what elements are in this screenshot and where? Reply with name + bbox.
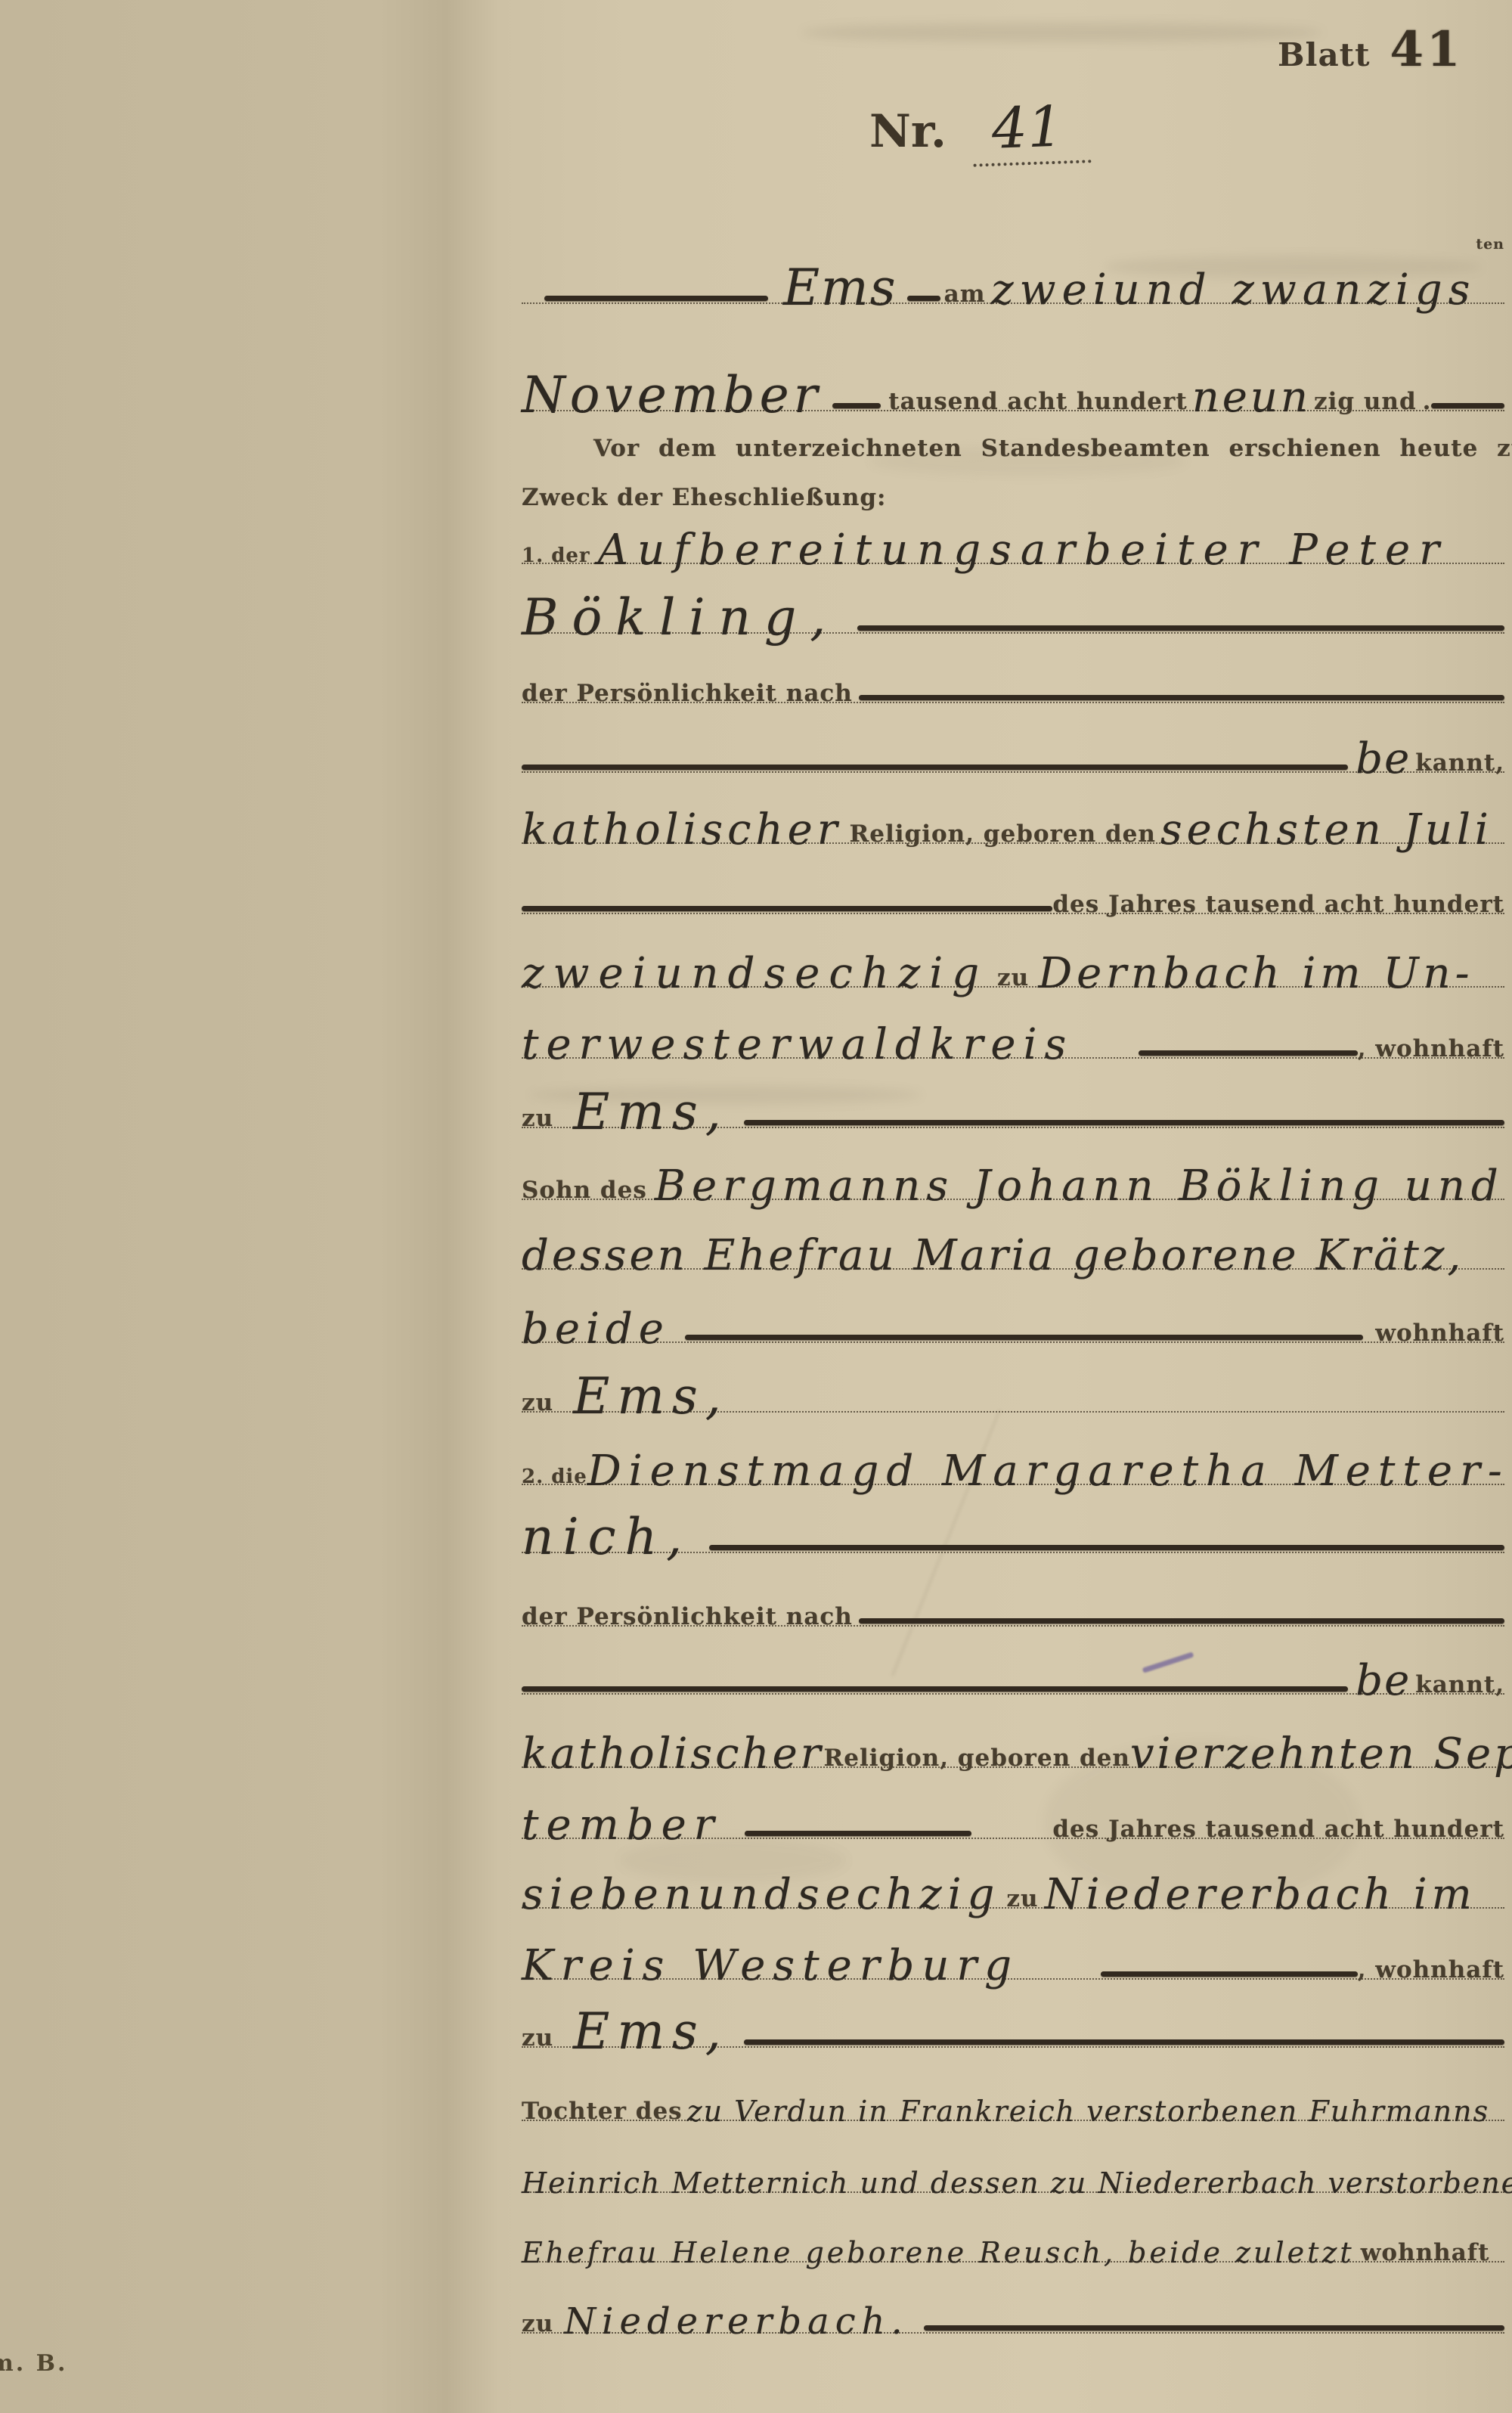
ink-strike-line xyxy=(685,1335,1363,1340)
ink-strike-line xyxy=(522,1686,1348,1692)
rule-spacer xyxy=(553,2045,573,2046)
rule-spacer xyxy=(1039,1906,1045,1907)
record-number-heading: Nr. 41 xyxy=(869,95,1090,165)
form-line: Vor dem unterzeichneten Standesbeamten e… xyxy=(522,411,1504,457)
form-line: terwesterwaldkreis, wohnhaft xyxy=(522,988,1504,1059)
printed-text: zu xyxy=(522,1107,553,1131)
form-line: der Persönlichkeit nach xyxy=(522,1555,1504,1627)
form-line: Bökling, xyxy=(522,563,1504,634)
rule-spacer xyxy=(988,985,997,986)
handwritten-text: Ems xyxy=(783,263,897,313)
form-line: zuEms, xyxy=(522,1057,1504,1128)
handwritten-text: zweiund zwanzigs xyxy=(991,269,1476,312)
rule-spacer xyxy=(729,1410,1504,1411)
printed-text: am xyxy=(944,283,986,306)
bleed-through-smudge xyxy=(801,23,1323,42)
form-line: Sohn desBergmanns Johann Bökling und xyxy=(522,1129,1504,1200)
ink-strike-line xyxy=(522,765,1348,770)
rule-spacer xyxy=(897,302,907,302)
sheet-number: 41 xyxy=(1390,21,1463,78)
printed-superscript: ten xyxy=(1476,237,1504,252)
ink-strike-line xyxy=(709,1545,1504,1550)
rule-spacer xyxy=(1464,1267,1504,1268)
form-line: zuEms, xyxy=(522,1977,1504,2048)
form-line: nich, xyxy=(522,1482,1504,1553)
record-number-label: Nr. xyxy=(869,105,947,158)
printed-text: Religion, geboren den xyxy=(824,1747,1130,1770)
rule-spacer xyxy=(842,842,850,842)
printed-text: zu xyxy=(1006,1887,1038,1911)
rule-spacer xyxy=(1348,771,1356,771)
printers-note: m. B. xyxy=(0,2350,67,2377)
marriage-record-form: Emsamzweiund zwanzigstenNovembertausend … xyxy=(522,233,1504,2334)
printed-text: wohnhaft xyxy=(1361,2241,1490,2265)
rule-spacer xyxy=(1029,985,1038,986)
sheet-header: Blatt 41 xyxy=(1278,21,1464,78)
form-line: zweiundsechzigzuDernbach im Un- xyxy=(522,917,1504,988)
ink-strike-line xyxy=(907,296,940,301)
rule-spacer xyxy=(553,1126,573,1127)
rule-spacer xyxy=(729,1126,744,1127)
rule-spacer xyxy=(1489,2119,1504,2120)
form-line: temberdes Jahres tausend acht hundert xyxy=(522,1768,1504,1839)
ink-strike-line xyxy=(1101,1971,1358,1977)
ink-strike-line xyxy=(859,1618,1504,1624)
rule-spacer xyxy=(768,302,783,302)
printed-text: zu xyxy=(997,966,1029,990)
rule-spacer xyxy=(1493,842,1504,842)
ink-strike-line xyxy=(857,625,1504,631)
rule-spacer xyxy=(1348,1692,1356,1693)
form-line: Tochter deszu Verdun in Frankreich verst… xyxy=(522,2050,1504,2121)
rule-spacer xyxy=(553,2331,564,2332)
ink-strike-line xyxy=(544,296,768,301)
rule-spacer xyxy=(822,409,832,410)
form-line: zuEms, xyxy=(522,1341,1504,1413)
form-line: des Jahres tausend acht hundert xyxy=(522,843,1504,914)
rule-spacer xyxy=(986,302,992,302)
handwritten-text: dessen Ehefrau Maria geborene Krätz, xyxy=(522,1235,1464,1277)
rule-spacer xyxy=(1476,1906,1504,1907)
form-line: 2. dieDienstmagd Margaretha Metter- xyxy=(522,1414,1504,1485)
rule-spacer xyxy=(1355,2260,1361,2261)
printed-text: tausend acht hundert xyxy=(888,390,1187,414)
ink-strike-line xyxy=(522,906,1052,911)
printed-text: Vor dem unterzeichneten Standesbeamten e… xyxy=(593,437,1512,461)
sheet-label: Blatt xyxy=(1278,36,1370,73)
ink-strike-line xyxy=(924,2325,1504,2331)
ink-strike-line xyxy=(744,1120,1504,1125)
ink-strike-line xyxy=(745,1831,971,1836)
form-line: katholischerReligion, geboren denvierzeh… xyxy=(522,1697,1504,1768)
printed-text: zu xyxy=(522,2312,553,2336)
ink-strike-line xyxy=(832,403,881,408)
printed-text: kannt, xyxy=(1415,1673,1504,1697)
registry-page: Blatt 41 Nr. 41 Emsamzweiund zwanzigsten… xyxy=(0,0,1512,2413)
rule-spacer xyxy=(553,1410,573,1411)
form-line: 1. derAufbereitungsarbeiter Peter xyxy=(522,493,1504,564)
form-line: der Persönlichkeit nach xyxy=(522,632,1504,703)
rule-spacer xyxy=(1474,985,1504,986)
printed-text: zig und xyxy=(1314,390,1417,414)
printed-text: des Jahres tausend acht hundert xyxy=(1052,893,1504,917)
form-line: katholischerReligion, geboren densechste… xyxy=(522,773,1504,844)
form-line: dessen Ehefrau Maria geborene Krätz, xyxy=(522,1199,1504,1270)
form-line: bekannt, xyxy=(522,702,1504,773)
form-line: Heinrich Metternich und dessen zu Nieder… xyxy=(522,2122,1504,2193)
form-line: Ehefrau Helene geborene Reusch, beide zu… xyxy=(522,2191,1504,2263)
rule-spacer xyxy=(691,1551,709,1552)
form-line: zuNiedererbach. xyxy=(522,2263,1504,2334)
ink-strike-line xyxy=(744,2039,1504,2045)
printed-text: zu xyxy=(522,2027,553,2050)
rule-spacer xyxy=(522,302,544,302)
form-line: Kreis Westerburg, wohnhaft xyxy=(522,1909,1504,1980)
rule-spacer xyxy=(909,2331,924,2332)
printed-text: kannt, xyxy=(1415,752,1504,775)
record-number-value-handwritten: 41 xyxy=(971,93,1091,166)
rule-spacer xyxy=(881,409,888,410)
handwritten-text: be xyxy=(1356,1660,1411,1702)
rule-spacer xyxy=(729,2045,744,2046)
form-line: Novembertausend acht hundertneunzig und. xyxy=(522,340,1504,411)
ink-strike-line xyxy=(859,695,1504,700)
printed-text: . xyxy=(1423,390,1432,414)
printed-text: zu xyxy=(522,1391,553,1415)
ink-strike-line xyxy=(1139,1050,1358,1056)
form-line: beidewohnhaft xyxy=(522,1272,1504,1343)
printed-text: Tochter des xyxy=(522,2100,683,2123)
form-line: siebenundsechzigzuNiedererbach im xyxy=(522,1838,1504,1909)
ink-strike-line xyxy=(1431,403,1504,408)
rule-spacer xyxy=(1417,409,1423,410)
form-line: Emsamzweiund zwanzigsten xyxy=(522,233,1504,304)
form-line: bekannt, xyxy=(522,1624,1504,1695)
handwritten-text: Niedererbach. xyxy=(564,2303,909,2340)
